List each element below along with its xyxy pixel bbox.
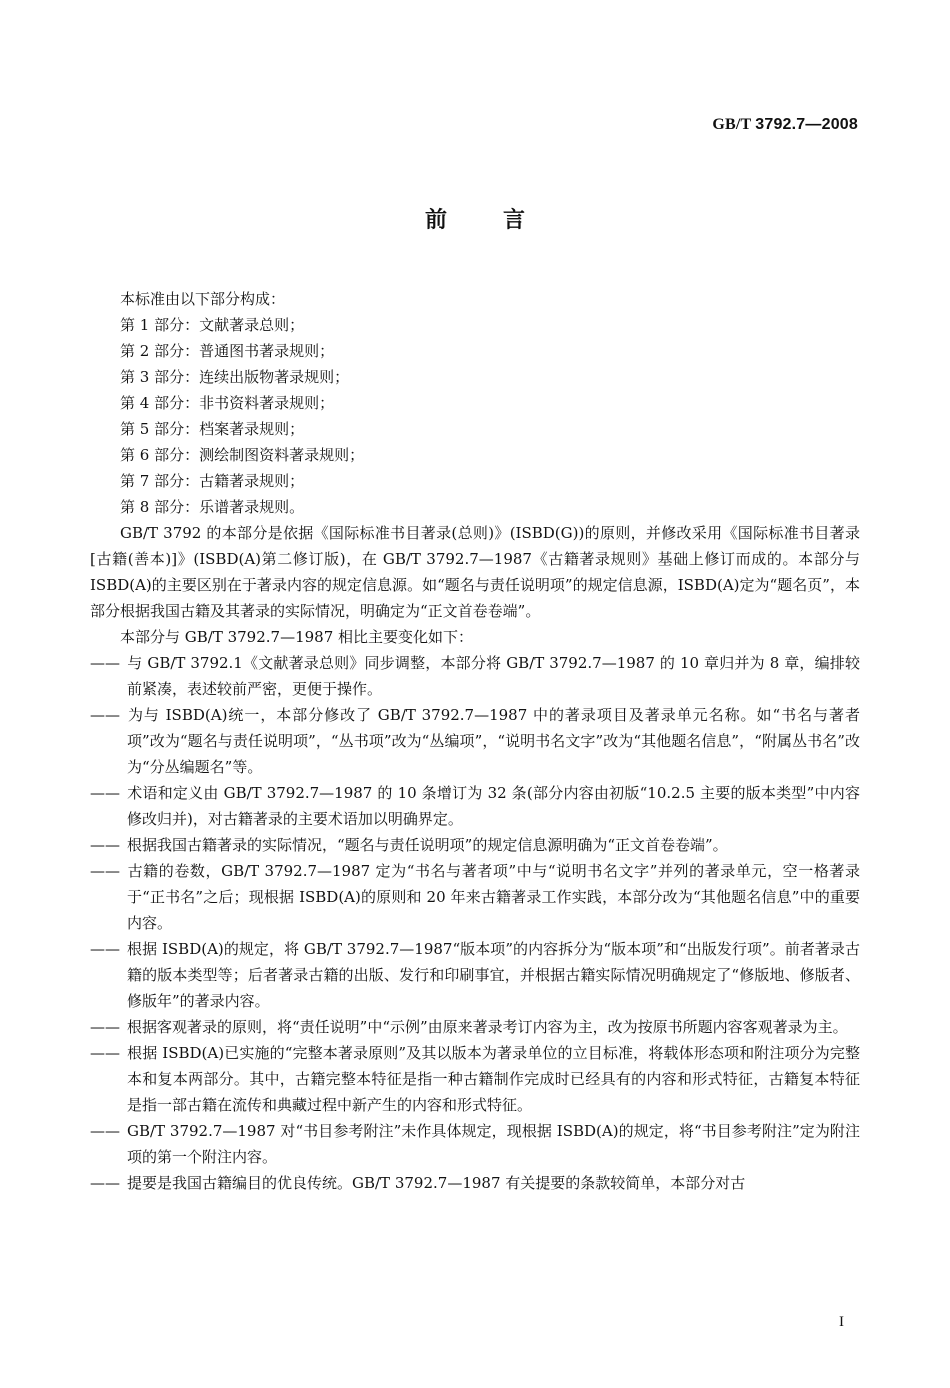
part-item: 第 3 部分：连续出版物著录规则； [120,364,860,390]
intro-line: 本标准由以下部分构成： [120,286,860,312]
change-item: ——根据客观著录的原则，将“责任说明”中“示例”由原来著录考订内容为主，改为按原… [90,1014,860,1040]
change-item: ——提要是我国古籍编目的优良传统。GB/T 3792.7—1987 有关提要的条… [90,1170,860,1196]
page-number: I [839,1314,844,1331]
change-text: 根据客观著录的原则，将“责任说明”中“示例”由原来著录考订内容为主，改为按原书所… [127,1018,848,1036]
title-char-2: 言 [503,203,525,234]
part-item: 第 7 部分：古籍著录规则； [120,468,860,494]
change-item: ——根据 ISBD(A)已实施的“完整本著录原则”及其以版本为著录单位的立目标准… [90,1040,860,1118]
part-item: 第 2 部分：普通图书著录规则； [120,338,860,364]
change-item: ——为与 ISBD(A)统一，本部分修改了 GB/T 3792.7—1987 中… [90,702,860,780]
paragraph-basis: GB/T 3792 的本部分是依据《国际标准书目著录(总则)》(ISBD(G))… [90,520,860,624]
change-item: ——古籍的卷数，GB/T 3792.7—1987 定为“书名与著者项”中与“说明… [90,858,860,936]
dash-marker: —— [90,832,127,858]
change-text: 提要是我国古籍编目的优良传统。GB/T 3792.7—1987 有关提要的条款较… [127,1174,745,1192]
change-text: 根据 ISBD(A)的规定，将 GB/T 3792.7—1987“版本项”的内容… [127,940,860,1010]
part-item: 第 4 部分：非书资料著录规则； [120,390,860,416]
standard-code: GB/T 3792.7—2008 [712,116,858,134]
change-item: ——与 GB/T 3792.1《文献著录总则》同步调整，本部分将 GB/T 37… [90,650,860,702]
change-text: 与 GB/T 3792.1《文献著录总则》同步调整，本部分将 GB/T 3792… [127,654,860,698]
page-title: 前言 [0,203,950,234]
dash-marker: —— [90,858,127,884]
change-text: 根据 ISBD(A)已实施的“完整本著录原则”及其以版本为著录单位的立目标准，将… [127,1044,860,1114]
part-item: 第 5 部分：档案著录规则； [120,416,860,442]
standard-number: 3792.7—2008 [755,116,858,133]
dash-marker: —— [90,702,127,728]
dash-marker: —— [90,1014,127,1040]
change-item: ——GB/T 3792.7—1987 对“书目参考附注”未作具体规定，现根据 I… [90,1118,860,1170]
standard-prefix: GB/T [712,116,751,133]
change-text: 古籍的卷数，GB/T 3792.7—1987 定为“书名与著者项”中与“说明书名… [127,862,860,932]
dash-marker: —— [90,650,127,676]
dash-marker: —— [90,936,127,962]
part-item: 第 6 部分：测绘制图资料著录规则； [120,442,860,468]
change-text: 根据我国古籍著录的实际情况，“题名与责任说明项”的规定信息源明确为“正文首卷卷端… [127,836,728,854]
change-text: 为与 ISBD(A)统一，本部分修改了 GB/T 3792.7—1987 中的著… [127,706,860,776]
change-item: ——根据我国古籍著录的实际情况，“题名与责任说明项”的规定信息源明确为“正文首卷… [90,832,860,858]
part-item: 第 1 部分：文献著录总则； [120,312,860,338]
dash-marker: —— [90,1118,127,1144]
title-char-1: 前 [425,203,447,234]
change-text: 术语和定义由 GB/T 3792.7—1987 的 10 条增订为 32 条(部… [127,784,860,828]
dash-marker: —— [90,780,127,806]
document-body: 本标准由以下部分构成： 第 1 部分：文献著录总则； 第 2 部分：普通图书著录… [120,286,860,1196]
paragraph-changes-intro: 本部分与 GB/T 3792.7—1987 相比主要变化如下： [120,624,860,650]
dash-marker: —— [90,1040,127,1066]
part-item: 第 8 部分：乐谱著录规则。 [120,494,860,520]
change-item: ——根据 ISBD(A)的规定，将 GB/T 3792.7—1987“版本项”的… [90,936,860,1014]
change-item: ——术语和定义由 GB/T 3792.7—1987 的 10 条增订为 32 条… [90,780,860,832]
change-text: GB/T 3792.7—1987 对“书目参考附注”未作具体规定，现根据 ISB… [127,1122,860,1166]
dash-marker: —— [90,1170,127,1196]
